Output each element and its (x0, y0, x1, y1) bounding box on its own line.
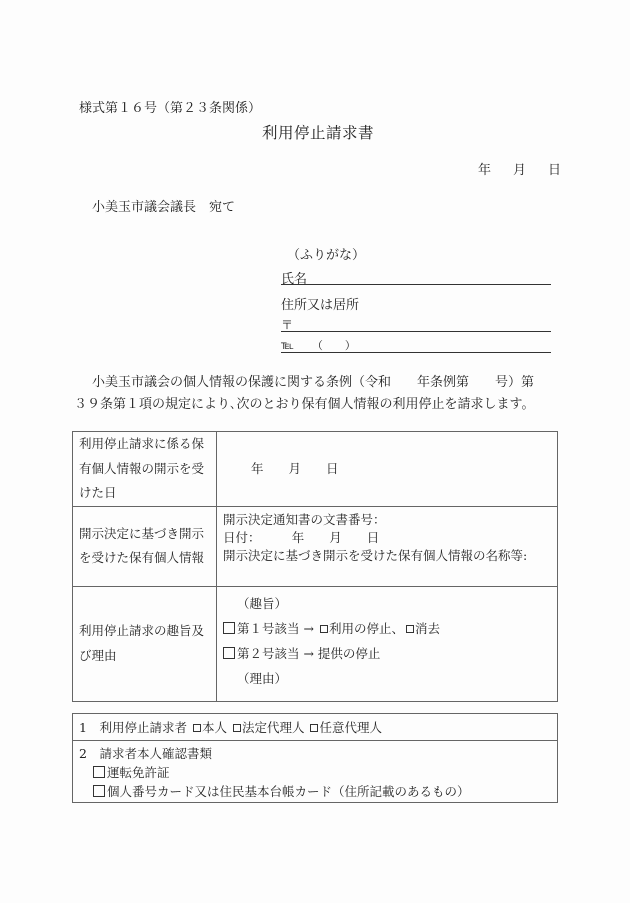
option-clause-2[interactable]: 第２号該当 → 提供の停止 (223, 641, 551, 666)
notice-date-label: 日付： 年 月 日 (223, 529, 551, 547)
request-details-table: 利用停止請求に係る保有個人情報の開示を受けた日 年 月 日 開示決定に基づき開示… (72, 431, 558, 702)
stop-use-label: 利用の停止、 (329, 621, 404, 636)
postal-address-field[interactable]: 〒 (281, 316, 551, 332)
statement-line-2: ３９条第１項の規定により､次のとおり保有個人情報の利用停止を請求します。 (74, 394, 564, 416)
name-field[interactable]: 氏名 (281, 268, 551, 285)
date-day: 日 (548, 159, 561, 178)
option-id-card[interactable]: 個人番号カード又は住民基本台帳カード（住所記載のあるもの） (79, 782, 551, 801)
form-number: 様式第１６号（第２３条関係） (79, 97, 261, 116)
addressee: 小美玉市議会議長 宛て (92, 196, 235, 215)
request-statement: 小美玉市議会の個人情報の保護に関する条例（令和 年条例第 号）第 ３９条第１項の… (74, 372, 564, 416)
furigana-label: （ふりがな） (287, 244, 365, 263)
checkbox-stop-use[interactable] (320, 625, 328, 633)
purpose-reason-label: 利用停止請求の趣旨及び理由 (73, 586, 217, 701)
checkbox-id-card[interactable] (93, 785, 105, 797)
requester-info-table: 1 利用停止請求者 本人 法定代理人 任意代理人 2 請求者本人確認書類 運転免… (72, 713, 558, 803)
requester-type-label: 1 利用停止請求者 (79, 720, 187, 735)
reason-heading: （理由） (223, 666, 551, 691)
disclosure-date-value: 年 月 日 (223, 461, 339, 476)
option-drivers-license[interactable]: 運転免許証 (79, 763, 551, 782)
purpose-heading: （趣旨） (223, 591, 551, 616)
table-row: 2 請求者本人確認書類 運転免許証 個人番号カード又は住民基本台帳カード（住所記… (73, 741, 558, 803)
checkbox-legal-agent[interactable] (233, 724, 241, 732)
checkbox-clause-2[interactable] (223, 647, 235, 659)
tel-area-code: （ ） (312, 339, 356, 352)
tel-label: ℡ (281, 338, 294, 352)
drivers-license-label: 運転免許証 (107, 765, 170, 780)
option-voluntary-agent: 任意代理人 (319, 720, 382, 735)
erase-label: 消去 (415, 621, 440, 636)
clause-2-label: 第２号該当 → 提供の停止 (237, 646, 380, 661)
checkbox-voluntary-agent[interactable] (310, 724, 318, 732)
statement-line-1: 小美玉市議会の個人情報の保護に関する条例（令和 年条例第 号）第 (74, 372, 564, 394)
option-self: 本人 (202, 720, 227, 735)
checkbox-drivers-license[interactable] (93, 766, 105, 778)
requester-type-cell: 1 利用停止請求者 本人 法定代理人 任意代理人 (73, 714, 558, 741)
info-name-label: 開示決定に基づき開示を受けた保有個人情報の名称等: (223, 547, 551, 565)
id-documents-cell: 2 請求者本人確認書類 運転免許証 個人番号カード又は住民基本台帳カード（住所記… (73, 741, 558, 803)
table-row: 1 利用停止請求者 本人 法定代理人 任意代理人 (73, 714, 558, 741)
disclosed-info-field[interactable]: 開示決定通知書の文書番号： 日付： 年 月 日 開示決定に基づき開示を受けた保有… (217, 506, 558, 586)
option-legal-agent: 法定代理人 (242, 720, 305, 735)
table-row: 利用停止請求に係る保有個人情報の開示を受けた日 年 月 日 (73, 432, 558, 507)
doc-number-label: 開示決定通知書の文書番号： (223, 511, 551, 529)
name-label: 氏名 (281, 272, 307, 287)
request-date[interactable]: 年月日 (478, 159, 561, 178)
option-clause-1[interactable]: 第１号該当 → 利用の停止、消去 (223, 616, 551, 641)
clause-1-label: 第１号該当 → (237, 621, 314, 636)
checkbox-self[interactable] (193, 724, 201, 732)
document-title: 利用停止請求書 (262, 121, 374, 143)
checkbox-erase[interactable] (406, 625, 414, 633)
disclosure-date-label: 利用停止請求に係る保有個人情報の開示を受けた日 (73, 432, 217, 507)
checkbox-clause-1[interactable] (223, 622, 235, 634)
address-label: 住所又は居所 (281, 294, 359, 313)
date-year: 年 (478, 159, 491, 178)
id-card-label: 個人番号カード又は住民基本台帳カード（住所記載のあるもの） (107, 784, 470, 799)
tel-field[interactable]: ℡（ ） (281, 337, 551, 353)
postal-mark: 〒 (281, 318, 293, 332)
date-month: 月 (513, 159, 526, 178)
disclosed-info-label: 開示決定に基づき開示を受けた保有個人情報 (73, 506, 217, 586)
id-documents-label: 2 請求者本人確認書類 (79, 744, 551, 763)
disclosure-date-field[interactable]: 年 月 日 (217, 432, 558, 507)
table-row: 利用停止請求の趣旨及び理由 （趣旨） 第１号該当 → 利用の停止、消去 第２号該… (73, 586, 558, 701)
table-row: 開示決定に基づき開示を受けた保有個人情報 開示決定通知書の文書番号： 日付： 年… (73, 506, 558, 586)
purpose-reason-field[interactable]: （趣旨） 第１号該当 → 利用の停止、消去 第２号該当 → 提供の停止 （理由） (217, 586, 558, 701)
